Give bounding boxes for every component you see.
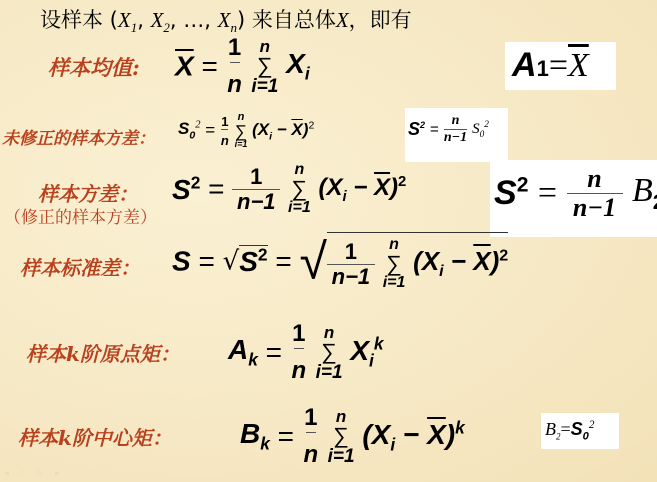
std-dev-label: 样本标准差： <box>20 252 140 281</box>
menu-icon[interactable]: ≡ <box>36 468 42 479</box>
variance-box: S2 = n n−1 B2 <box>490 160 657 237</box>
variance-sublabel: （修正的样本方差） <box>4 203 157 228</box>
central-moment-label: 样本k阶中心矩： <box>18 422 172 451</box>
std-dev-formula: S = √S2 = √ 1 n−1 n ∑ i=1 (Xi − X)2 <box>172 232 508 291</box>
mean-formula: X = 1 n n ∑ i=1 Xi <box>175 36 310 97</box>
intro-xn: Xn <box>218 8 237 32</box>
back-arrow-icon[interactable]: ◂ <box>4 468 9 479</box>
variance-formula: S2 = 1 n−1 n ∑ i=1 (Xi − X)2 <box>172 162 406 216</box>
central-moment-box: B2=S02 <box>541 413 619 449</box>
mean-sum: n ∑ i=1 <box>251 38 278 96</box>
uncorrected-variance-label: 未修正的样本方差： <box>2 124 155 149</box>
intro-suffix: ) 来自总体 <box>237 8 336 32</box>
intro-ellipsis: , …, <box>170 8 218 32</box>
central-moment-formula: Bk = 1 n n ∑ i=1 (Xi − X)k <box>240 406 465 467</box>
mean-box: A1=X <box>505 42 616 90</box>
raw-moment-formula: Ak = 1 n n ∑ i=1 Xik <box>228 322 384 383</box>
mean-fraction: 1 n <box>226 36 244 97</box>
intro-x1: X1 <box>118 8 137 32</box>
forward-arrow-icon[interactable]: ▸ <box>55 468 60 479</box>
mean-label: 样本均值: <box>48 52 140 82</box>
intro-end: ，即有 <box>349 8 412 32</box>
intro-prefix: 设样本 ( <box>40 8 118 32</box>
slide-toolbar[interactable]: ◂ ∕ ≡ ▸ <box>4 468 60 479</box>
intro-x2: X2 <box>151 8 170 32</box>
mean-lhs: X <box>175 51 194 82</box>
uncorrected-variance-box: S2 = n n−1 S02 <box>405 108 508 162</box>
pen-icon[interactable]: ∕ <box>22 468 24 479</box>
mean-eq: = <box>201 51 217 82</box>
raw-moment-label: 样本k阶原点矩： <box>26 338 180 367</box>
intro-line: 设样本 (X1, X2, …, Xn) 来自总体X，即有 <box>40 4 412 36</box>
intro-population: X <box>336 8 349 32</box>
mean-term: Xi <box>286 48 310 79</box>
uncorrected-variance-formula: S02 = 1 n n ∑ i=1 (Xi − X)2 <box>178 112 314 149</box>
